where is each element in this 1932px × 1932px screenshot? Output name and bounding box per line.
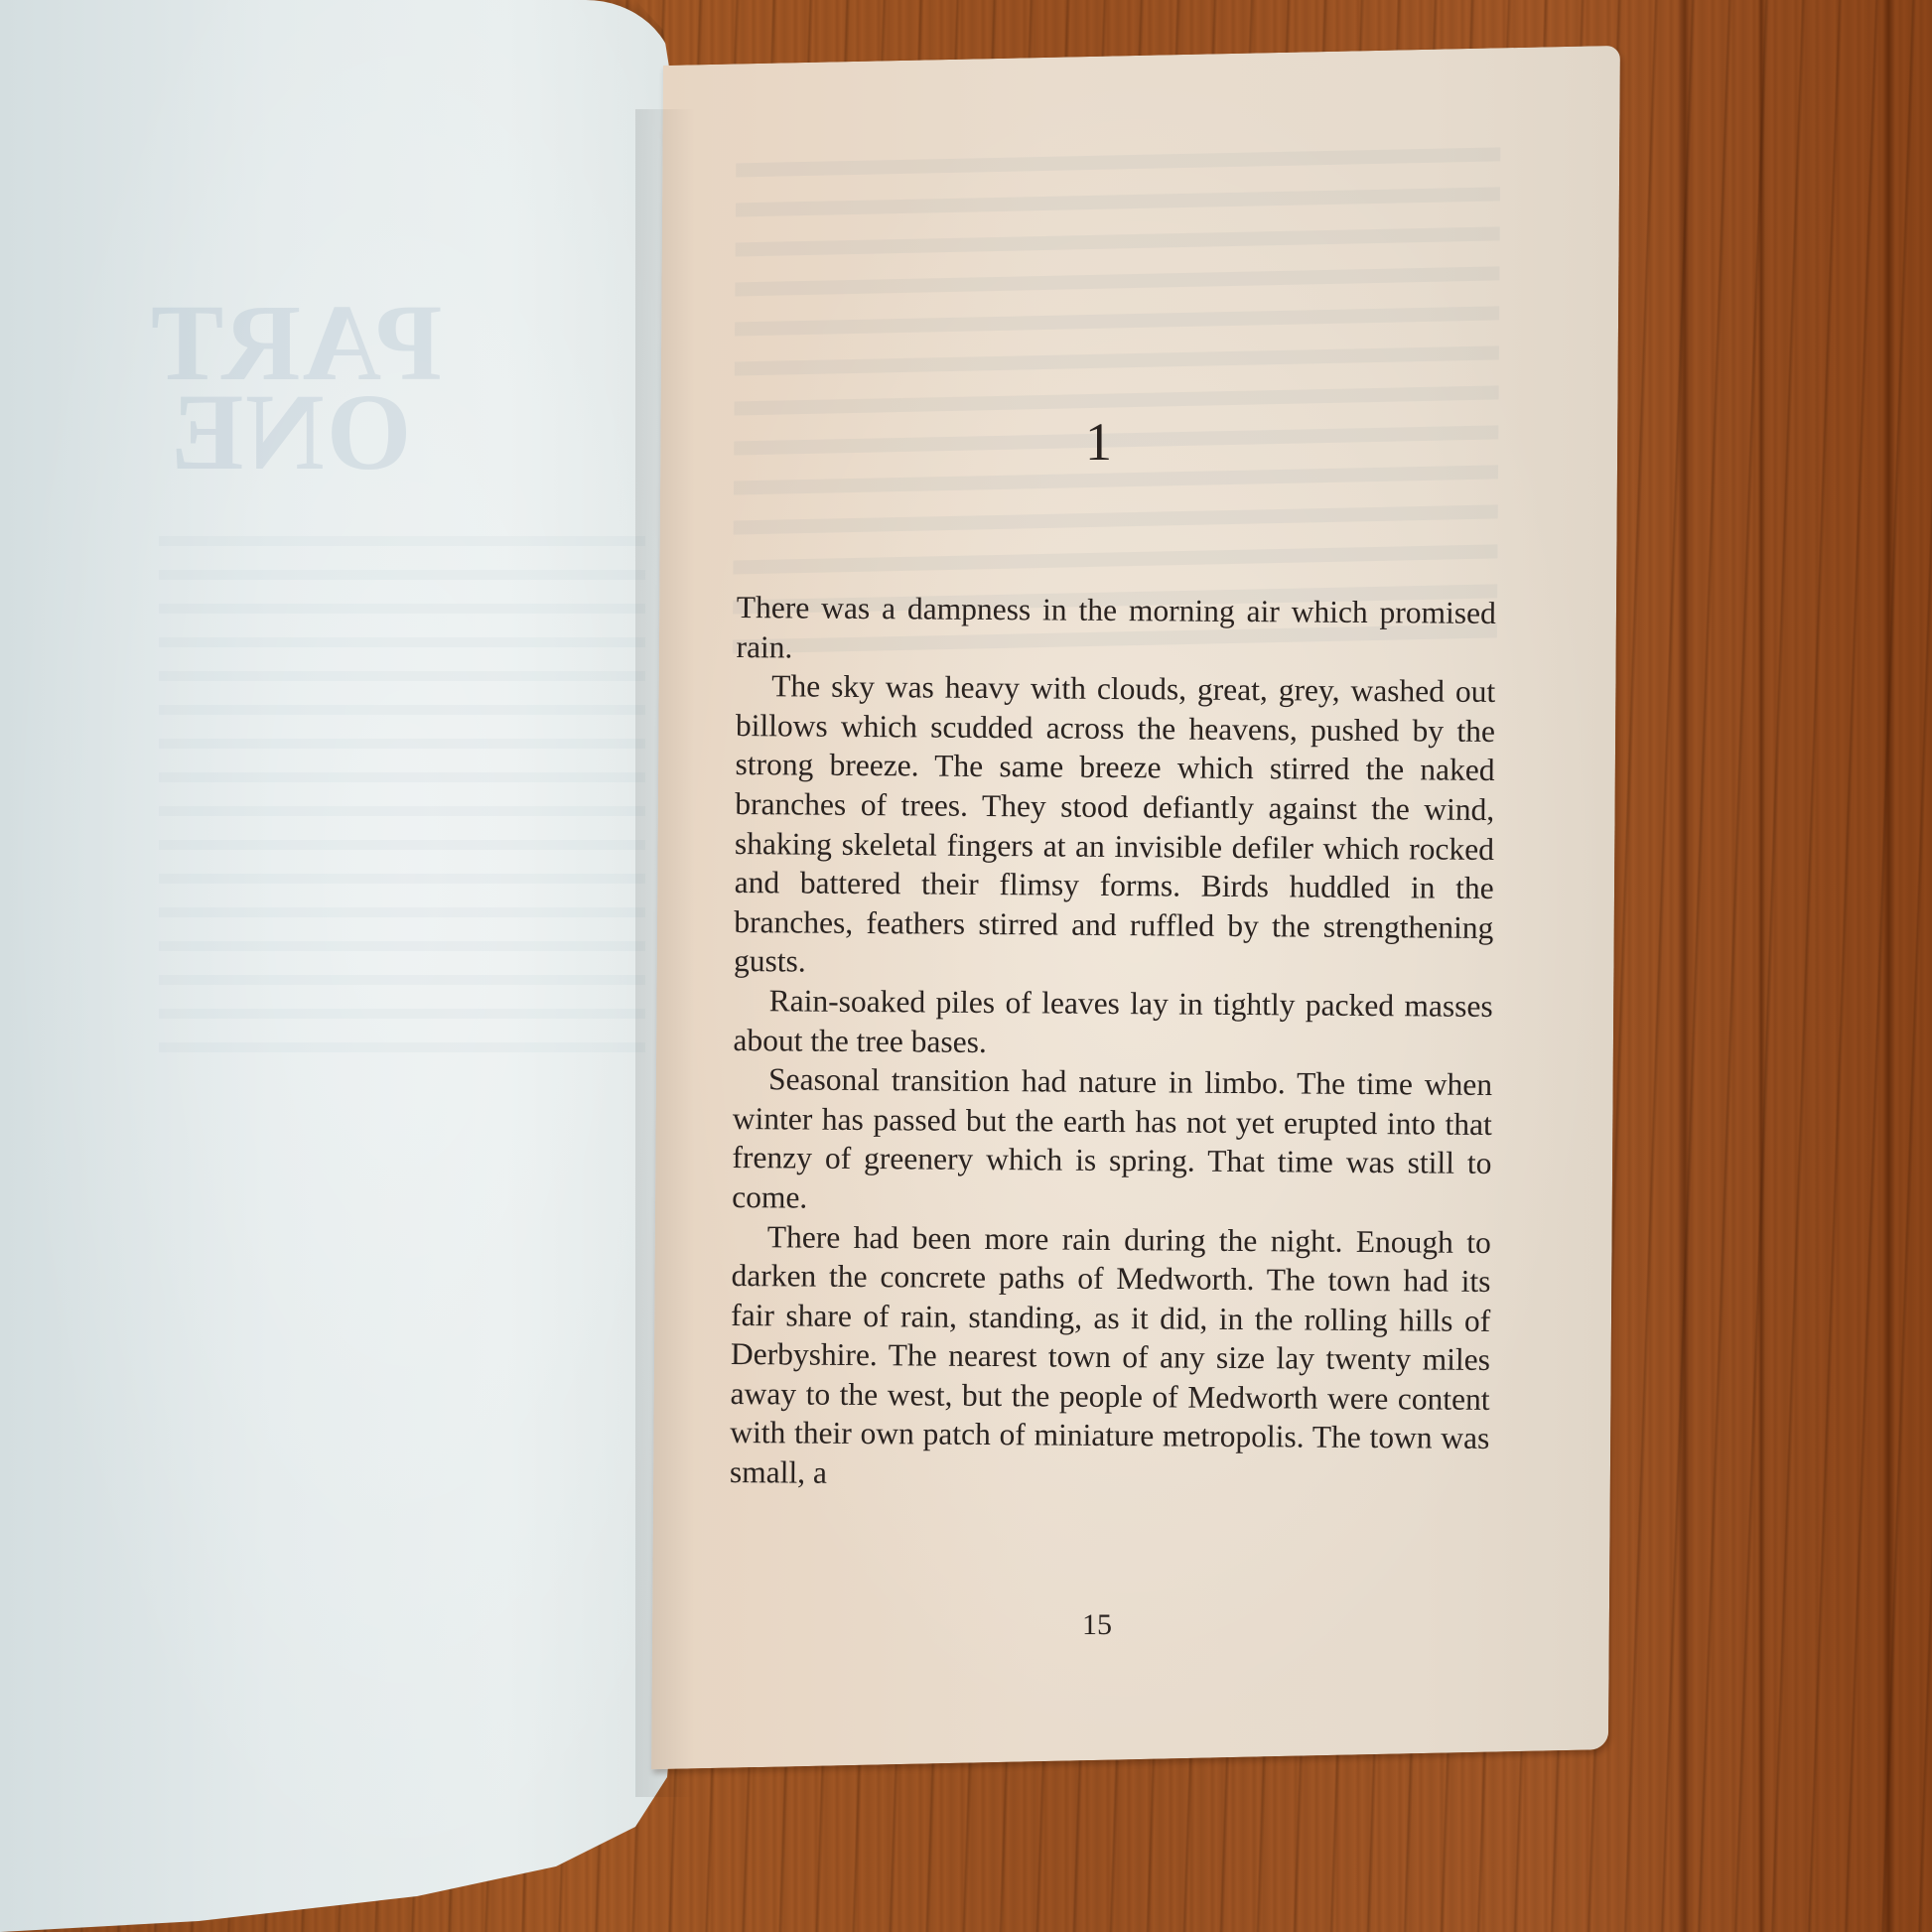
wood-grain-streak xyxy=(1757,0,1765,1932)
left-page-ghost-text xyxy=(159,536,645,1076)
paragraph: Seasonal transition had nature in limbo.… xyxy=(732,1059,1492,1222)
page-number: 15 xyxy=(1082,1608,1112,1642)
bleed-through-one: ONE xyxy=(169,377,411,486)
left-page: PART ONE xyxy=(0,0,675,1932)
body-text: There was a dampness in the morning air … xyxy=(730,588,1496,1498)
paragraph: Rain-soaked piles of leaves lay in tight… xyxy=(733,981,1493,1065)
paragraph: The sky was heavy with clouds, great, gr… xyxy=(734,666,1495,987)
wood-grain-streak xyxy=(1881,0,1895,1932)
chapter-number: 1 xyxy=(1085,415,1112,469)
paragraph: There was a dampness in the morning air … xyxy=(736,588,1496,672)
wood-grain-streak xyxy=(1678,0,1692,1932)
paragraph: There had been more rain during the nigh… xyxy=(730,1216,1491,1497)
